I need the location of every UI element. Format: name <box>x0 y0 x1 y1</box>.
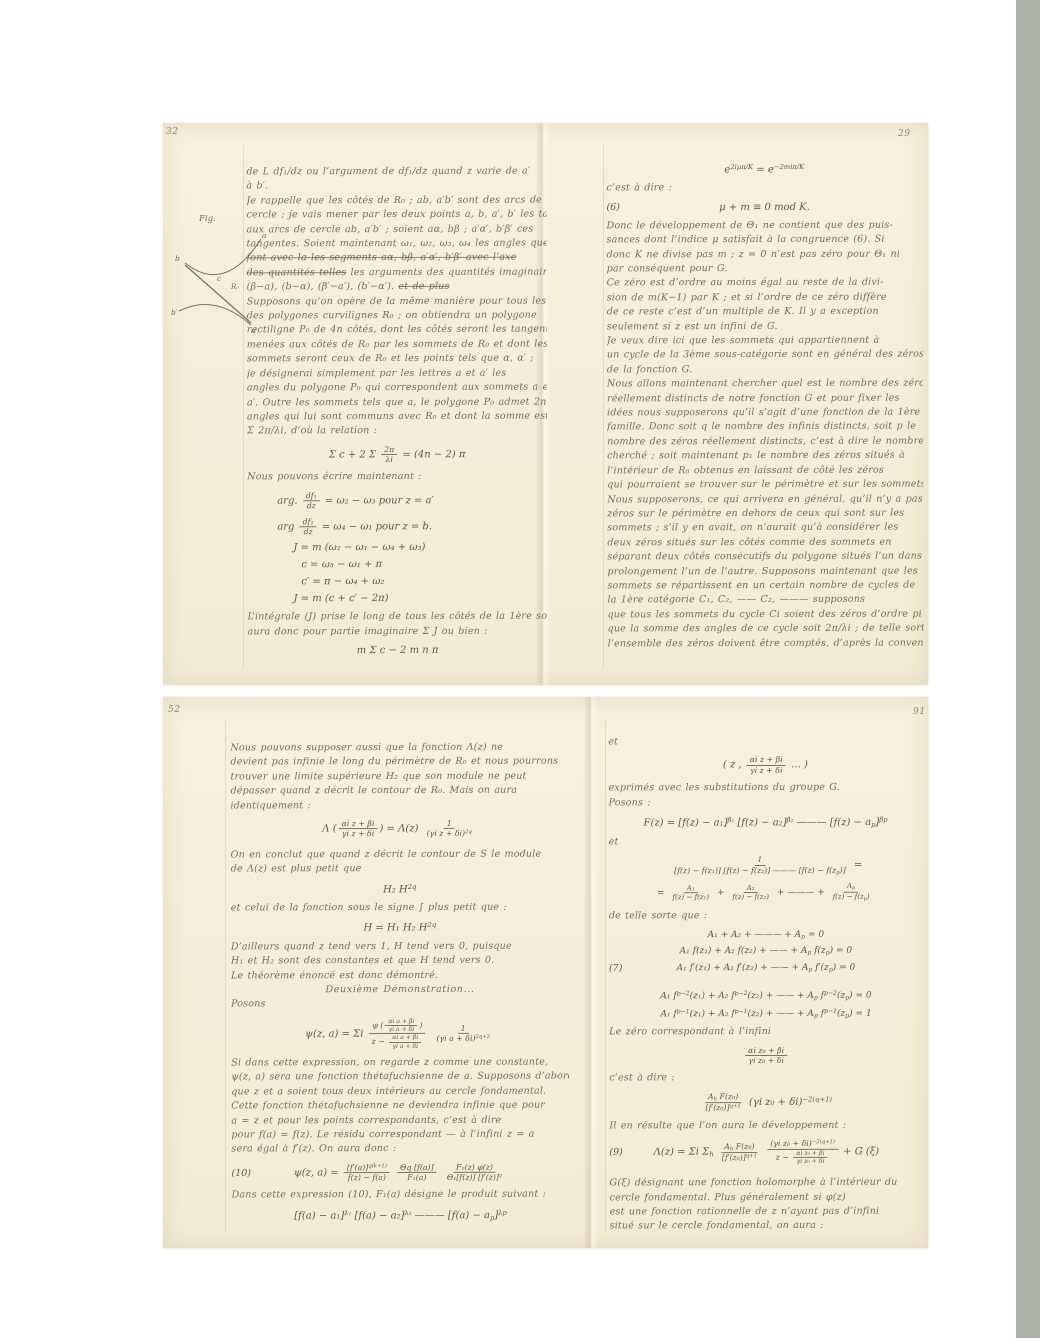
manuscript-formula: Σ c + 2 Σ 2πλi = (4n − 2) π <box>247 444 547 464</box>
page-number: 32 <box>166 127 178 137</box>
manuscript-line: Ce zéro est d’ordre au moins égal au res… <box>607 276 923 291</box>
manuscript-formula: (10)ψ(z, a) = [f′(a)]q(k+1)f(z) − f(a) Θ… <box>231 1162 569 1183</box>
manuscript-line: Cette fonction thétafuchsienne ne devien… <box>231 1099 569 1114</box>
manuscript-line: angles qui lui sont communs avec R₀ et d… <box>247 410 547 425</box>
manuscript-formula: arg. df₁dz = ω₂ − ω₃ pour z = a′ <box>247 490 547 510</box>
manuscript-line: a = z et pour les points correspondants,… <box>231 1113 569 1128</box>
manuscript-line: Nous pouvons supposer aussi que la fonct… <box>230 741 568 756</box>
manuscript-line: Nous pouvons écrire maintenant : <box>247 470 547 485</box>
spacer <box>609 979 923 985</box>
manuscript-line: Nous allons maintenant chercher quel est… <box>607 377 923 392</box>
manuscript-formula: A₁ fp−1(z₁) + A₂ fp−1(z₂) + —— + Ap fp−1… <box>609 1007 923 1019</box>
manuscript-page-91: et( z , αi z + βiγi z + δi … )exprimés a… <box>608 735 923 1244</box>
manuscript-formula: F(z) = [f(z) − a₁]β₁ [f(z) − a₂]β₂ ——— [… <box>609 815 923 829</box>
manuscript-line: Nous supposerons, ce qui arrivera en gén… <box>607 492 923 507</box>
figure-label-b-prime: b′ <box>171 308 178 317</box>
manuscript-line: zéros sur le périmètre en dehors de ceux… <box>607 507 923 522</box>
manuscript-line: exprimés avec les substitutions du group… <box>608 781 922 796</box>
figure-line <box>185 265 251 323</box>
manuscript-formula: (7)A₁ f′(z₁) + A₂ f′(z₂) + —— + Ap f′(zp… <box>609 962 923 973</box>
manuscript-line: pour f(a) = f(z). Le résidu correspondan… <box>231 1127 569 1142</box>
manuscript-line: séparant deux côtés consécutifs du polyg… <box>607 550 923 565</box>
manuscript-line: L’intégrale (J) prise le long de tous le… <box>247 610 547 625</box>
manuscript-formula: αi z₀ + βiγi z₀ + δi <box>609 1045 923 1066</box>
page-seam <box>583 697 599 1248</box>
manuscript-formula: A₁ + A₂ + ——— + Ap = 0 <box>609 929 923 940</box>
manuscript-line: Dans cette expression (10), F₁(a) désign… <box>232 1188 570 1203</box>
manuscript-line: situé sur le cercle fondamental, on aura… <box>610 1219 924 1234</box>
margin-rule <box>603 145 604 669</box>
manuscript-line: la 1ère catégorie C₁, C₂, —— C₂, ——— sup… <box>607 593 923 608</box>
manuscript-formula: J = m (c + c′ − 2π) <box>247 593 547 605</box>
manuscript-line: de telle sorte que : <box>609 909 923 924</box>
manuscript-page-32: de L df₁/dz ou l’argument de df₁/dz quan… <box>246 165 547 678</box>
manuscript-line: des polygones curvilignes R₀ ; on obtien… <box>247 309 547 324</box>
manuscript-line: sances dont l’indice μ satisfait à la co… <box>607 233 923 248</box>
manuscript-line: Posons <box>231 997 569 1012</box>
manuscript-line: dépasser quand z décrit le contour de R₀… <box>230 784 568 799</box>
manuscript-line: Le zéro correspondant à l’infini <box>609 1025 923 1040</box>
manuscript-line: Σ 2π/λi, d’où la relation : <box>247 424 547 439</box>
manuscript-line: donc K ne divise pas m ; z = 0 n’est pas… <box>607 247 923 262</box>
figure-label-b: b <box>175 254 180 263</box>
manuscript-line: qui pourraient se trouver sur le périmèt… <box>607 478 923 493</box>
manuscript-line: Le théorème énoncé est donc démontré. <box>231 968 569 983</box>
manuscript-line: par conséquent pour G. <box>607 262 923 277</box>
manuscript-line: Supposons qu’on opère de la même manière… <box>247 294 547 309</box>
manuscript-line: Si dans cette expression, on regarde z c… <box>231 1055 569 1070</box>
manuscript-line: H₁ et H₂ sont des constantes et que H te… <box>231 954 569 969</box>
manuscript-formula: m Σ c − 2 m n π <box>248 645 548 657</box>
manuscript-line: G(ξ) désignant une fonction holomorphe à… <box>609 1176 923 1191</box>
manuscript-line: un cycle de la 3ème sous-catégorie sont … <box>607 348 923 363</box>
manuscript-formula: 1[f(z) − f(z₁)] [f(z) − f(z₂)] ——— [f(z)… <box>609 855 923 877</box>
manuscript-line: deux zéros situés sur les côtés comme de… <box>607 535 923 550</box>
manuscript-line: (β−a), (b−α), (β′−a′), (b′−α′). et de pl… <box>247 280 547 295</box>
manuscript-line: et <box>609 835 923 850</box>
manuscript-line: a′. Outre les sommets tels que a, le pol… <box>247 395 547 410</box>
manuscript-line: de ce reste c’est d’un multiple de K. Il… <box>607 305 923 320</box>
manuscript-formula: arg df₁dz = ω₄ − ω₁ pour z = b. <box>247 516 547 536</box>
manuscript-line: c’est à dire : <box>609 1071 923 1086</box>
manuscript-line: cercle ; je vais mener par les deux poin… <box>246 208 546 223</box>
manuscript-line: de L df₁/dz ou l’argument de df₁/dz quan… <box>246 165 546 180</box>
manuscript-line: angles du polygone P₀ qui correspondent … <box>247 381 547 396</box>
manuscript-spread-bottom: 52 91 Nous pouvons supposer aussi que la… <box>163 697 928 1248</box>
margin-rule <box>605 719 606 1232</box>
manuscript-line: Posons : <box>608 795 922 810</box>
manuscript-line: devient pas infinie le long du périmètre… <box>230 755 568 770</box>
manuscript-line: que z et a soient tous deux intérieurs a… <box>231 1084 569 1099</box>
manuscript-formula: A₁ f(z₁) + A₂ f(z₂) + —— + Ap f(zp) = 0 <box>609 946 923 957</box>
manuscript-line: c’est à dire : <box>606 181 922 196</box>
manuscript-line: je désignerai simplement par les lettres… <box>247 366 547 381</box>
manuscript-line: rectiligne P₀ de 4n côtés, dont les côté… <box>247 323 547 338</box>
manuscript-line: font avec la les segments aα, bβ, a′α′, … <box>247 251 547 266</box>
manuscript-formula: c = ω₃ − ω₁ + π <box>247 559 547 571</box>
manuscript-page-52: Nous pouvons supposer aussi que la fonct… <box>230 741 569 1242</box>
manuscript-formula: Ah F(z₀)[f′(z₀)]q+1 (γi z₀ + δi)−2(q+1) <box>609 1091 923 1113</box>
page-number: 29 <box>898 129 910 139</box>
manuscript-page-29: e2iμπ/K = e−2miπ/Kc’est à dire :(6)μ + m… <box>606 157 923 682</box>
manuscript-line: que la somme des angles de ce cycle soit… <box>608 622 924 637</box>
manuscript-line: nombre des zéros réellement distincts, c… <box>607 434 923 449</box>
manuscript-line: idées nous supposerons qu’il s’agit d’un… <box>607 406 923 421</box>
manuscript-line: ψ(z, a) sera une fonction thétafuchsienn… <box>231 1070 569 1085</box>
manuscript-formula: [f(a) − a₁]λ₁ [f(a) − a₂]λ₂ ——— [f(a) − … <box>232 1208 570 1222</box>
figure-curve-bottom <box>179 305 251 325</box>
manuscript-line: et celui de la fonction sous le signe ∫ … <box>231 900 569 915</box>
manuscript-spread-top: 32 29 Fig. b a c R₀ b′ a′ de L df₁/dz ou… <box>163 123 928 685</box>
book-cover-edge <box>1016 0 1040 1338</box>
manuscript-line: D’ailleurs quand z tend vers 1, H tend v… <box>231 939 569 954</box>
manuscript-formula: H₂ H2q <box>231 882 569 895</box>
manuscript-formula: ( z , αi z + βiγi z + δi … ) <box>608 755 922 776</box>
manuscript-line: cercle fondamental. Plus généralement si… <box>610 1190 924 1205</box>
manuscript-formula: J = m (ω₂ − ω₁ − ω₄ + ω₃) <box>247 542 547 554</box>
manuscript-line: Je veux dire ici que les sommets qui app… <box>607 334 923 349</box>
manuscript-heading: Deuxième Démonstration... <box>231 982 569 997</box>
manuscript-line: est une fonction rationnelle de z n’ayan… <box>610 1205 924 1220</box>
manuscript-line: famille. Donc soit q le nombre des infin… <box>607 420 923 435</box>
manuscript-line: à b′. <box>246 179 546 194</box>
manuscript-line: sommets ; s’il y en avait, on n’aurait q… <box>607 521 923 536</box>
manuscript-line: tangentes. Soient maintenant ω₁, ω₂, ω₃,… <box>247 237 547 252</box>
manuscript-line: identiquement : <box>230 798 568 813</box>
figure-label-fig: Fig. <box>198 214 216 224</box>
manuscript-line: et <box>608 735 922 750</box>
manuscript-line: sera égal à f′(z). On aura donc : <box>231 1142 569 1157</box>
manuscript-line: l’intérieur de R₀ obtenus en laissant de… <box>607 463 923 478</box>
manuscript-formula: H = H₁ H₂ H2q <box>231 921 569 934</box>
manuscript-line: menées aux côtés de R₀ par les sommets d… <box>247 337 547 352</box>
manuscript-line: sion de m(K−1) par K ; et si l’ordre de … <box>607 290 923 305</box>
manuscript-line: seulement si z est un infini de G. <box>607 319 923 334</box>
manuscript-formula: c′ = π − ω₄ + ω₂ <box>247 576 547 588</box>
formula-tag: (9) <box>609 1147 622 1158</box>
manuscript-line: aux arcs de cercle ab, a′b′ ; soient aα,… <box>246 222 546 237</box>
manuscript-line: aura donc pour partie imaginaire Σ J ou … <box>248 624 548 639</box>
manuscript-formula: e2iμπ/K = e−2miπ/K <box>606 163 922 176</box>
figure-label-r0: R₀ <box>230 283 239 291</box>
manuscript-formula: = A₁f(z) − f(z₁) + A₂f(z) − f(z₂) + ——— … <box>609 882 923 904</box>
manuscript-line: sommets seront ceux de R₀ et les points … <box>247 352 547 367</box>
margin-rule <box>225 719 226 1232</box>
figure-label-c: c <box>217 275 221 283</box>
formula-tag: (10) <box>231 1167 251 1178</box>
page-number: 52 <box>168 705 180 715</box>
page-number: 91 <box>913 707 925 717</box>
manuscript-line: Il en résulte que l’on aura le développe… <box>609 1118 923 1133</box>
manuscript-formula: Λ (αi z + βiγi z + δi) = Λ(z) 1(γi z + δ… <box>231 819 569 840</box>
manuscript-line: Donc le développement de Θ₁ ne contient … <box>606 218 922 233</box>
manuscript-line: prolongement l’un de l’autre. Supposons … <box>607 564 923 579</box>
manuscript-line: de Λ(z) est plus petit que <box>231 862 569 877</box>
manuscript-formula: (6)μ + m ≡ 0 mod K. <box>606 201 922 213</box>
formula-tag: (7) <box>609 963 622 974</box>
manuscript-formula: ψ(z, a) = Σi φ (αi a + βiγi a + δi)z − α… <box>231 1017 569 1050</box>
manuscript-line: On en conclut que quand z décrit le cont… <box>231 847 569 862</box>
manuscript-formula: A₁ fp−2(z₁) + A₂ fp−2(z₂) + —— + Ap fp−2… <box>609 990 923 1002</box>
manuscript-line: l’ensemble des zéros doivent être compté… <box>608 636 924 651</box>
manuscript-line: cherché ; soit maintenant p₁ le nombre d… <box>607 449 923 464</box>
manuscript-line: trouver une limite supérieure H₂ que son… <box>230 769 568 784</box>
manuscript-line: que tous les sommets du cycle Ci soient … <box>607 607 923 622</box>
manuscript-formula: (9)Λ(z) = Σi Σh Ah F(z₀)[f′(z₀)]q+1 (γi … <box>609 1139 923 1166</box>
manuscript-line: des quantités telles les arguments des q… <box>247 265 547 280</box>
manuscript-line: sommets se répartissent en un certain no… <box>607 579 923 594</box>
manuscript-line: réellement distincts de notre fonction G… <box>607 391 923 406</box>
manuscript-line: Je rappelle que les côtés de R₀ ; ab, a′… <box>246 193 546 208</box>
formula-tag: (6) <box>606 202 619 213</box>
manuscript-line: de la fonction G. <box>607 362 923 377</box>
